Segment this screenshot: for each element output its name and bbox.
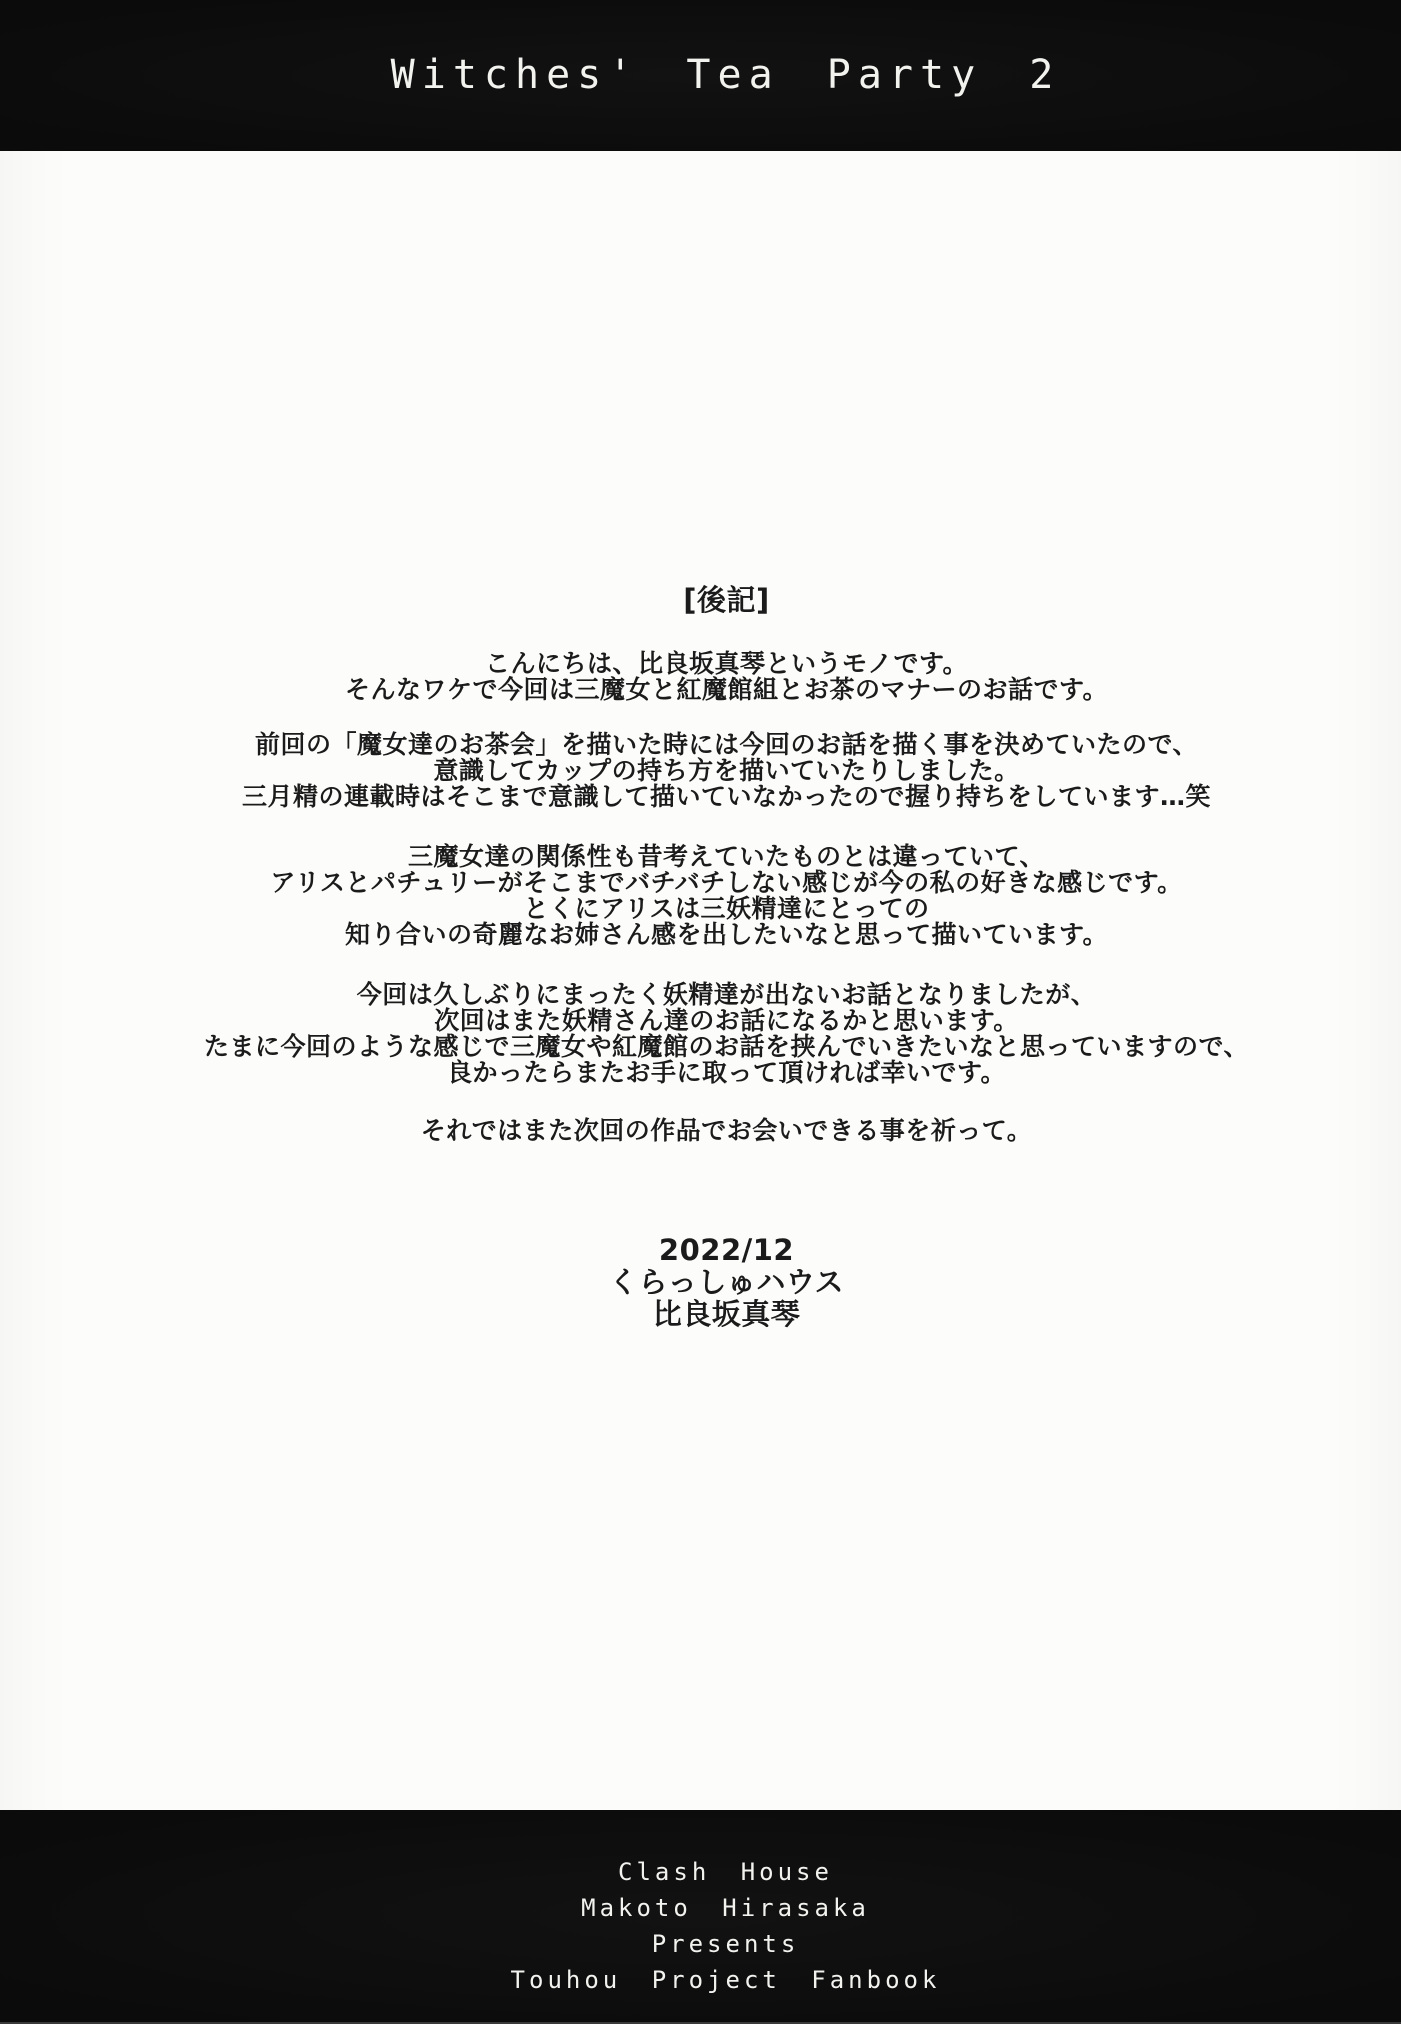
credit-presents: Presents: [25, 1926, 1401, 1962]
bottom-credits-band: Clash House Makoto Hirasaka Presents Tou…: [0, 1810, 1401, 2024]
afterword-line: 良かったらまたお手に取って頂ければ幸いです。: [26, 1060, 1401, 1086]
credit-author-name: Makoto Hirasaka: [25, 1890, 1401, 1926]
top-title-band: Witches' Tea Party 2: [0, 0, 1401, 151]
signature-author-name: 比良坂真琴: [26, 1298, 1401, 1330]
afterword-line: 前回の「魔女達のお茶会」を描いた時には今回のお話を描く事を決めていたので、: [26, 732, 1401, 758]
afterword-paragraph-2: 前回の「魔女達のお茶会」を描いた時には今回のお話を描く事を決めていたので、 意識…: [26, 732, 1401, 810]
afterword-paragraph-1: こんにちは、比良坂真琴というモノです。 そんなワケで今回は三魔女と紅魔館組とお茶…: [26, 651, 1401, 703]
afterword-line: 三月精の連載時はそこまで意識して描いていなかったので握り持ちをしています…笑: [26, 784, 1401, 810]
afterword-line: とくにアリスは三妖精達にとっての: [26, 896, 1401, 922]
credits-block: Clash House Makoto Hirasaka Presents Tou…: [25, 1810, 1401, 1998]
afterword-line: 意識してカップの持ち方を描いていたりしました。: [26, 758, 1401, 784]
signature-block: 2022/12 くらっしゅハウス 比良坂真琴: [26, 1234, 1401, 1330]
afterword-line: そんなワケで今回は三魔女と紅魔館組とお茶のマナーのお話です。: [26, 677, 1401, 703]
signature-circle-name: くらっしゅハウス: [26, 1266, 1401, 1298]
afterword-paragraph-3: 三魔女達の関係性も昔考えていたものとは違っていて、 アリスとパチュリーがそこまで…: [26, 844, 1401, 948]
afterword-line: たまに今回のような感じで三魔女や紅魔館のお話を挟んでいきたいなと思っていますので…: [26, 1034, 1401, 1060]
afterword-line: アリスとパチュリーがそこまでバチバチしない感じが今の私の好きな感じです。: [26, 870, 1401, 896]
afterword-line: 知り合いの奇麗なお姉さん感を出したいなと思って描いています。: [26, 922, 1401, 948]
afterword-closing: それではまた次回の作品でお会いできる事を祈って。: [26, 1118, 1401, 1144]
credit-circle-name: Clash House: [25, 1854, 1401, 1890]
afterword-line: こんにちは、比良坂真琴というモノです。: [26, 651, 1401, 677]
afterword-line: 三魔女達の関係性も昔考えていたものとは違っていて、: [26, 844, 1401, 870]
afterword-heading: [後記]: [26, 584, 1401, 616]
credit-fanbook: Touhou Project Fanbook: [25, 1962, 1401, 1998]
scanned-afterword-page: Witches' Tea Party 2 [後記] こんにちは、比良坂真琴という…: [0, 0, 1401, 2024]
page-title: Witches' Tea Party 2: [25, 0, 1401, 151]
afterword-paragraph-4: 今回は久しぶりにまったく妖精達が出ないお話となりましたが、 次回はまた妖精さん達…: [26, 982, 1401, 1086]
afterword-line: 今回は久しぶりにまったく妖精達が出ないお話となりましたが、: [26, 982, 1401, 1008]
afterword-line: それではまた次回の作品でお会いできる事を祈って。: [26, 1118, 1401, 1144]
afterword-line: 次回はまた妖精さん達のお話になるかと思います。: [26, 1008, 1401, 1034]
signature-date: 2022/12: [26, 1234, 1401, 1266]
